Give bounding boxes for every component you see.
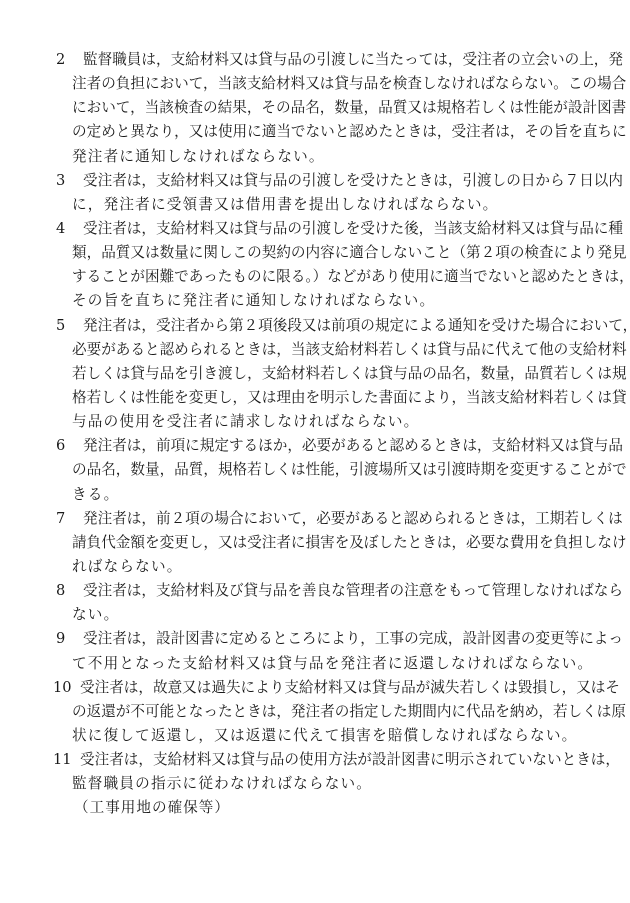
paragraph-text: ない。 — [72, 606, 119, 623]
paragraph-number: 9 — [56, 627, 83, 651]
paragraph-line: 類，品質又は数量に関しこの契約の内容に適合しないこと（第２項の検査により発見 — [56, 241, 580, 265]
paragraph-text: 若しくは貸与品を引き渡し，支給材料若しくは貸与品の品名，数量，品質若しくは規 — [72, 365, 627, 382]
paragraph-line: 与品の使用を受注者に請求しなければならない。 — [56, 410, 580, 434]
paragraph-line: 格若しくは性能を変更し，又は理由を明示した書面により，当該支給材料若しくは貸 — [56, 386, 580, 410]
paragraph-text: 監督職員は，支給材料又は貸与品の引渡しに当たっては，受注者の立会いの上，発 — [83, 51, 623, 68]
paragraph-line: 状に復して返還し，又は返還に代えて損害を賠償しなければならない。 — [56, 724, 580, 748]
paragraph-text: 受注者は，支給材料又は貸与品の引渡しを受けた後，当該支給材料又は貸与品に種 — [83, 220, 623, 237]
paragraph-text: その旨を直ちに発注者に通知しなければならない。 — [72, 292, 435, 309]
document-page: 2監督職員は，支給材料又は貸与品の引渡しに当たっては，受注者の立会いの上，発注者… — [56, 48, 580, 821]
paragraph-text: 類，品質又は数量に関しこの契約の内容に適合しないこと（第２項の検査により発見 — [72, 244, 627, 261]
paragraph-line: て不用となった支給材料又は貸与品を発注者に返還しなければならない。 — [56, 652, 580, 676]
paragraph-number: 3 — [56, 169, 83, 193]
paragraph-first-line: 9受注者は，設計図書に定めるところにより，工事の完成，設計図書の変更等によっ — [56, 627, 580, 651]
paragraph-text: 受注者は，支給材料及び貸与品を善良な管理者の注意をもって管理しなければなら — [83, 582, 623, 599]
paragraph-text: 受注者は，設計図書に定めるところにより，工事の完成，設計図書の変更等によっ — [83, 630, 623, 647]
paragraph-line: の品名，数量，品質，規格若しくは性能，引渡場所又は引渡時期を変更することがで — [56, 458, 580, 482]
paragraph-line: において，当該検査の結果，その品名，数量，品質又は規格若しくは性能が設計図書 — [56, 96, 580, 120]
paragraph-text: において，当該検査の結果，その品名，数量，品質又は規格若しくは性能が設計図書 — [72, 99, 626, 116]
paragraph-line: ればならない。 — [56, 555, 580, 579]
paragraph-line: その旨を直ちに発注者に通知しなければならない。 — [56, 289, 580, 313]
paragraph-text: ればならない。 — [72, 558, 183, 575]
paragraph-first-line: 5発注者は，受注者から第２項後段又は前項の規定による通知を受けた場合において， — [56, 314, 580, 338]
paragraph-text: 発注者は，前項に規定するほか，必要があると認めるときは，支給材料又は貸与品 — [83, 437, 623, 454]
paragraph-text: 監督職員の指示に従わなければならない。 — [72, 775, 372, 792]
paragraph-line: 必要があると認められるときは，当該支給材料若しくは貸与品に代えて他の支給材料 — [56, 338, 580, 362]
paragraph-text: 発注者に通知しなければならない。 — [72, 148, 325, 165]
paragraph-text: 発注者は，前２項の場合において，必要があると認められるときは，工期若しくは — [83, 510, 623, 527]
paragraph-first-line: 10受注者は，故意又は過失により支給材料又は貸与品が滅失若しくは毀損し，又はそ — [56, 676, 580, 700]
paragraph-text: きる。 — [72, 486, 119, 503]
paragraph-text: 受注者は，支給材料又は貸与品の使用方法が設計図書に明示されていないときは， — [80, 751, 620, 768]
paragraph-number: 8 — [56, 579, 83, 603]
paragraph-number: 6 — [56, 434, 83, 458]
paragraph-text: 受注者は，支給材料又は貸与品の引渡しを受けたときは，引渡しの日から７日以内 — [83, 172, 623, 189]
paragraph-number: 4 — [56, 217, 83, 241]
paragraph-text: 注者の負担において，当該支給材料又は貸与品を検査しなければならない。この場合 — [72, 75, 626, 92]
paragraph-line: 発注者に通知しなければならない。 — [56, 145, 580, 169]
paragraph-number: 11 — [53, 748, 80, 772]
paragraph-number: 5 — [56, 314, 83, 338]
paragraph-text: に，発注者に受領書又は借用書を提出しなければならない。 — [72, 196, 498, 213]
paragraph-line: することが困難であったものに限る。）などがあり使用に適当でないと認めたときは， — [56, 265, 580, 289]
paragraph-text: の品名，数量，品質，規格若しくは性能，引渡場所又は引渡時期を変更することがで — [72, 461, 627, 478]
paragraph-line: ない。 — [56, 603, 580, 627]
paragraph-line: の返還が不可能となったときは，発注者の指定した期間内に代品を納め，若しくは原 — [56, 700, 580, 724]
paragraph-first-line: 8受注者は，支給材料及び貸与品を善良な管理者の注意をもって管理しなければなら — [56, 579, 580, 603]
paragraph-first-line: 3受注者は，支給材料又は貸与品の引渡しを受けたときは，引渡しの日から７日以内 — [56, 169, 580, 193]
paragraph-line: に，発注者に受領書又は借用書を提出しなければならない。 — [56, 193, 580, 217]
paragraph-first-line: 6発注者は，前項に規定するほか，必要があると認めるときは，支給材料又は貸与品 — [56, 434, 580, 458]
paragraph-line: きる。 — [56, 483, 580, 507]
paragraph-first-line: 7発注者は，前２項の場合において，必要があると認められるときは，工期若しくは — [56, 507, 580, 531]
paragraph-line: 請負代金額を変更し，又は受注者に損害を及ぼしたときは，必要な費用を負担しなけ — [56, 531, 580, 555]
paragraph-line: 監督職員の指示に従わなければならない。 — [56, 772, 580, 796]
paragraph-text: て不用となった支給材料又は貸与品を発注者に返還しなければならない。 — [72, 655, 593, 672]
paragraph-line: 注者の負担において，当該支給材料又は貸与品を検査しなければならない。この場合 — [56, 72, 580, 96]
paragraph-text: 必要があると認められるときは，当該支給材料若しくは貸与品に代えて他の支給材料 — [72, 341, 627, 358]
paragraph-first-line: 11受注者は，支給材料又は貸与品の使用方法が設計図書に明示されていないときは， — [56, 748, 580, 772]
paragraph-text: 請負代金額を変更し，又は受注者に損害を及ぼしたときは，必要な費用を負担しなけ — [72, 534, 627, 551]
paragraph-line: の定めと異なり，又は使用に適当でないと認めたときは，受注者は，その旨を直ちに — [56, 120, 580, 144]
paragraph-text: 与品の使用を受注者に請求しなければならない。 — [72, 413, 419, 430]
paragraph-text: 発注者は，受注者から第２項後段又は前項の規定による通知を受けた場合において， — [83, 317, 630, 334]
paragraph-first-line: 4受注者は，支給材料又は貸与品の引渡しを受けた後，当該支給材料又は貸与品に種 — [56, 217, 580, 241]
paragraph-number: 2 — [56, 48, 83, 72]
paragraph-text: 格若しくは性能を変更し，又は理由を明示した書面により，当該支給材料若しくは貸 — [72, 389, 627, 406]
paragraph-text: することが困難であったものに限る。）などがあり使用に適当でないと認めたときは， — [72, 268, 630, 285]
paragraph-text: 受注者は，故意又は過失により支給材料又は貸与品が滅失若しくは毀損し，又はそ — [80, 679, 620, 696]
paragraph-number: 7 — [56, 507, 83, 531]
paragraph-line: 若しくは貸与品を引き渡し，支給材料若しくは貸与品の品名，数量，品質若しくは規 — [56, 362, 580, 386]
paragraph-text: の定めと異なり，又は使用に適当でないと認めたときは，受注者は，その旨を直ちに — [72, 123, 627, 140]
paragraph-number: 10 — [53, 676, 80, 700]
paragraph-text: の返還が不可能となったときは，発注者の指定した期間内に代品を納め，若しくは原 — [72, 703, 626, 720]
paragraph-first-line: 2監督職員は，支給材料又は貸与品の引渡しに当たっては，受注者の立会いの上，発 — [56, 48, 580, 72]
paragraph-text: 状に復して返還し，又は返還に代えて損害を賠償しなければならない。 — [72, 727, 577, 744]
section-heading: （工事用地の確保等） — [56, 796, 580, 820]
